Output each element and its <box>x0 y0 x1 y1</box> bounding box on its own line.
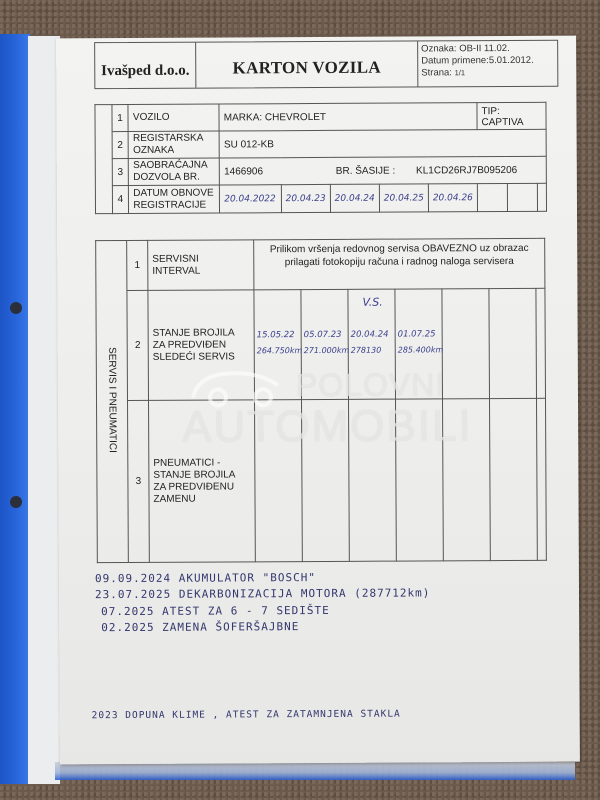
meta-strana: Strana: 1/1 <box>421 67 554 80</box>
watermark-line1: POLOVNI <box>296 366 445 404</box>
tire-entry <box>536 398 546 560</box>
reg-date-cell: 20.04.2022 <box>220 185 282 213</box>
reg-date-cell: 20.04.26 <box>428 184 477 212</box>
plastic-sleeve-edge <box>55 762 575 780</box>
note-line: 02.2025 ZAMENA ŠOFERŠAJBNE <box>101 620 299 634</box>
sheet-underneath <box>28 36 60 784</box>
row-number: 1 <box>127 240 148 290</box>
note-line: 2023 DOPUNA KLIME , ATEST ZA ZATAMNJENA … <box>92 709 401 722</box>
tire-entry <box>489 398 537 560</box>
reg-date-cell: 20.04.25 <box>379 184 428 212</box>
reg-date-cell <box>477 184 507 212</box>
section-label: SERVIS I PNEUMATICI <box>106 347 118 453</box>
row-label: DATUM OBNOVE REGISTRACIJE <box>129 185 220 213</box>
table-row: 3 SAOBRAĆAJNA DOZVOLA BR. 1466906 BR. ŠA… <box>95 156 546 185</box>
reg-date-cell: 20.04.24 <box>330 184 379 212</box>
side-blank-cell <box>95 105 112 214</box>
reg-date-cell <box>537 183 546 211</box>
chassis-label: BR. ŠASIJE : <box>336 165 396 176</box>
row-label: REGISTARSKA OZNAKA <box>128 131 219 158</box>
watermark-line2: AUTOMOBILI <box>182 401 473 453</box>
punch-hole <box>10 496 22 508</box>
row-number: 2 <box>112 131 129 158</box>
vehicle-table: 1 VOZILO MARKA: CHEVROLET TIP: CAPTIVA 2… <box>94 102 547 214</box>
row-number: 3 <box>112 158 129 185</box>
vehicle-card-document: Ivašped d.o.o. KARTON VOZILA Oznaka: OB-… <box>56 36 580 765</box>
blue-folder-spine <box>0 34 30 784</box>
watermark-car-icon <box>188 367 298 408</box>
service-instruction: Prilikom vršenja redovnog servisa OBAVEZ… <box>254 238 545 290</box>
note-line: 09.09.2024 AKUMULATOR "BOSCH" <box>95 571 316 585</box>
vehicle-type: TIP: CAPTIVA <box>477 102 546 129</box>
service-entry <box>489 288 537 398</box>
meta-oznaka: Oznaka: OB-II 11.02. <box>421 43 554 56</box>
document-header: Ivašped d.o.o. KARTON VOZILA Oznaka: OB-… <box>94 40 558 89</box>
row-number: 1 <box>112 104 129 131</box>
table-row: SERVIS I PNEUMATICI 1 SERVISNI INTERVAL … <box>96 238 545 290</box>
traffic-permit-number: 1466906 <box>224 166 263 177</box>
row-number: 4 <box>112 185 129 213</box>
table-row: 2 REGISTARSKA OZNAKA SU 012-KB <box>95 129 546 158</box>
row-number: 2 <box>127 290 149 400</box>
company-name: Ivašped d.o.o. <box>95 43 196 89</box>
table-row: 4 DATUM OBNOVE REGISTRACIJE 20.04.2022 2… <box>95 183 546 213</box>
chassis-number: KL1CD26RJ7B095206 <box>416 164 517 176</box>
registration-plate: SU 012-KB <box>219 129 546 158</box>
meta-datum-primene: Datum primene:5.01.2012. <box>421 55 554 68</box>
reg-date-cell <box>507 183 537 211</box>
row-label: VOZILO <box>128 104 219 131</box>
service-entry <box>442 289 490 399</box>
reg-date-cell: 20.04.23 <box>281 184 330 212</box>
document-title: KARTON VOZILA <box>196 41 418 87</box>
document-meta: Oznaka: OB-II 11.02. Datum primene:5.01.… <box>418 41 557 87</box>
row-label: SERVISNI INTERVAL <box>148 240 254 291</box>
note-line: 23.07.2025 DEKARBONIZACIJA MOTORA (28771… <box>95 586 430 601</box>
note-line: 07.2025 ATEST ZA 6 - 7 SEDIŠTE <box>101 604 330 618</box>
row-label: SAOBRAĆAJNA DOZVOLA BR. <box>129 158 220 185</box>
traffic-permit-cell: 1466906 BR. ŠASIJE : KL1CD26RJ7B095206 <box>219 156 546 185</box>
row-number: 3 <box>127 400 149 562</box>
table-row: 1 VOZILO MARKA: CHEVROLET TIP: CAPTIVA <box>95 102 546 131</box>
vehicle-make: MARKA: CHEVROLET <box>219 103 477 131</box>
section-label-cell: SERVIS I PNEUMATICI <box>96 240 129 562</box>
punch-hole <box>10 302 22 314</box>
service-entry <box>536 288 546 398</box>
